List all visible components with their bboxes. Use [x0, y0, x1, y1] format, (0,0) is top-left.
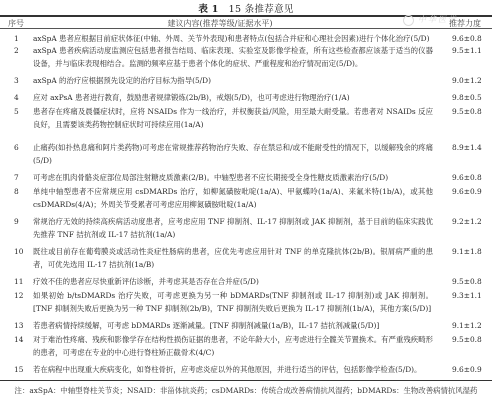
table-note: 注：axSpA：中轴型脊柱关节炎；NSAID：非甾体抗炎药；csDMARDs：传…: [0, 385, 492, 396]
row-recommendation: 应对 axPsA 患者进行教育，鼓励患者规律锻炼(2b/B)，戒烟(5/D)，也…: [33, 91, 433, 104]
row-number: 10: [14, 245, 26, 258]
row-recommendation: 既往或目前存在葡萄膜炎或活动性炎症性肠病的患者，应优先考虑应用针对 TNF 的单…: [33, 245, 433, 271]
row-recommendation: 对于难治性疼痛、残疾和影像学存在结构性损伤证据的患者，不论年龄大小，应考虑进行全…: [33, 333, 433, 359]
row-number: 11: [14, 275, 26, 288]
row-number: 3: [14, 74, 26, 87]
row-score: 8.9±1.4: [452, 141, 492, 154]
row-number: 14: [14, 333, 26, 346]
row-score: 9.5±0.8: [452, 105, 492, 118]
row-number: 2: [14, 44, 26, 57]
row-score: 9.5±0.8: [452, 275, 492, 288]
row-number: 7: [14, 171, 26, 184]
row-score: 9.6±0.8: [452, 171, 492, 184]
row-recommendation: 可考虑在肌肉骨骼炎症部位局部注射糖皮质激素(2/B)。中轴型患者不应长期接受全身…: [33, 171, 433, 184]
row-number: 5: [14, 105, 26, 118]
row-number: 12: [14, 289, 26, 302]
row-recommendation: 患者存在疼痛及晨僵症状时，应将 NSAIDs 作为一线治疗，并权衡获益/风险，用…: [33, 105, 433, 131]
row-score: 9.1±1.2: [452, 319, 492, 332]
row-recommendation: axSpA 患者疾病活动度监测应包括患者报告结局、临床表现、实验室及影像学检查，…: [33, 44, 433, 70]
table-caption: 表 115 条推荐意见: [0, 1, 492, 15]
row-score: 9.0±1.2: [452, 74, 492, 87]
row-recommendation: 疗效不佳的患者应尽快重新评估诊断，并考虑其是否存在合并症(5/D): [33, 275, 433, 288]
row-number: 4: [14, 91, 26, 104]
row-score: 9.6±0.9: [452, 185, 492, 198]
row-recommendation: 单纯中轴型患者不应常规应用 csDMARDs 治疗，如柳氮磺胺吡啶(1a/A)、…: [33, 185, 433, 211]
row-number: 6: [14, 141, 26, 154]
row-score: 9.5±0.8: [452, 333, 492, 346]
table-title: 15 条推荐意见: [229, 4, 294, 15]
row-recommendation: axSpA 的治疗应根据预先设定的治疗目标为指导(5/D): [33, 74, 433, 87]
table-label: 表 1: [198, 4, 218, 15]
row-recommendation: 如果初始 b/tsDMARDs 治疗失败，可考虑更换为另一种 bDMARDs(T…: [33, 289, 433, 315]
row-score: 9.2±1.2: [452, 215, 492, 228]
table-header-rule: [0, 28, 492, 29]
row-recommendation: 若在病程中出现重大疾病变化，如脊柱骨折，应考虑炎症以外的其他原因，并进行适当的评…: [33, 363, 433, 376]
row-number: 13: [14, 319, 26, 332]
row-score: 9.3±1.1: [452, 289, 492, 302]
row-recommendation: 若患者病情持续缓解，可考虑 bDMARDs 逐渐减量。[TNF 抑制剂减量(1a…: [33, 319, 433, 332]
row-score: 9.6±0.9: [452, 363, 492, 376]
row-number: 9: [14, 215, 26, 228]
row-score: 9.5±1.1: [452, 44, 492, 57]
table-bottom-rule: [0, 380, 492, 381]
row-number: 15: [14, 363, 26, 376]
row-score: 9.1±1.8: [452, 245, 492, 258]
row-recommendation: 止痛药(如扑热息痛和阿片类药物)可考虑在常规推荐药物治疗失败、存在禁忌和/或不能…: [33, 141, 433, 167]
row-number: 8: [14, 185, 26, 198]
row-score: 9.8±0.5: [452, 91, 492, 104]
row-recommendation: 常规治疗无效的持续高疾病活动度患者，应考虑应用 TNF 抑制剂、IL-17 抑制…: [33, 215, 433, 241]
